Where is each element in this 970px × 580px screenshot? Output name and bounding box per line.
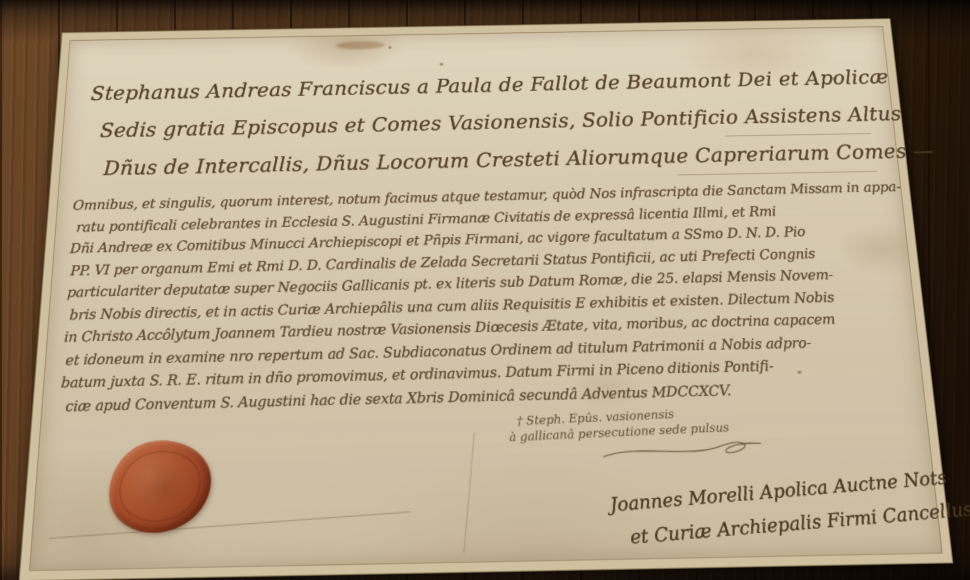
- notary-signature: Joannes Morelli Apolica Auctne Nots et C…: [608, 461, 970, 557]
- attestation-signature: † Steph. Epûs. vasionensis à gallicanâ p…: [516, 404, 729, 445]
- document-body: Omnibus, et singulis, quorum interest, n…: [59, 177, 926, 419]
- document-heading: Stephanus Andreas Franciscus a Paula de …: [85, 58, 936, 188]
- foxing-spot: [440, 63, 444, 66]
- document-paper: Stephanus Andreas Franciscus a Paula de …: [29, 26, 943, 571]
- red-wax-seal: [107, 434, 214, 538]
- paper-stain: [336, 41, 385, 50]
- paper-crease: [50, 511, 411, 539]
- foxing-spot: [389, 46, 392, 49]
- document-frame: Stephanus Andreas Franciscus a Paula de …: [19, 18, 954, 580]
- paper-crease: [463, 433, 474, 553]
- photograph-of-framed-document: Stephanus Andreas Franciscus a Paula de …: [0, 0, 970, 580]
